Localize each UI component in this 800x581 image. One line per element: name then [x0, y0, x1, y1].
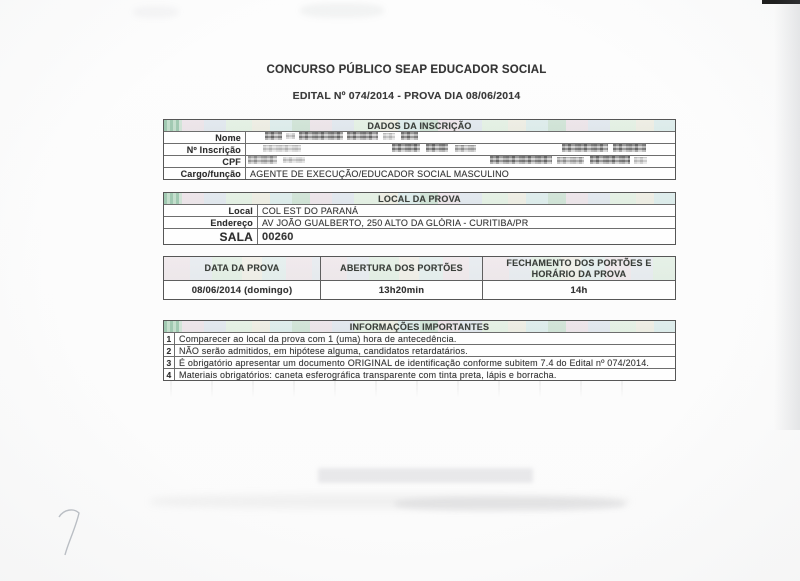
info-item-text: É obrigatório apresentar um documento OR… [175, 358, 675, 368]
info-item-number: 1 [164, 333, 175, 344]
info-item: 1 Comparecer ao local da prova com 1 (um… [164, 332, 675, 344]
redacted-block-nome [347, 132, 378, 140]
redacted-block-inscricao [613, 144, 646, 152]
field-value-local: COL EST DO PARANÁ [258, 206, 675, 216]
table-row-nome: Nome [164, 131, 675, 143]
info-item: 3 É obrigatório apresentar um documento … [164, 356, 675, 368]
registration-section-header: DADOS DA INSCRIÇÃO [164, 120, 675, 131]
schedule-value-data: 08/06/2014 (domingo) [164, 281, 320, 299]
redacted-block-nome [286, 133, 295, 139]
table-row-cargo: Cargo/função AGENTE DE EXECUÇÃO/EDUCADOR… [164, 167, 675, 179]
field-label-inscricao: Nº Inscrição [164, 144, 246, 155]
scan-smudge [133, 6, 179, 18]
table-row-endereco: Endereço AV JOÃO GUALBERTO, 250 ALTO DA … [164, 216, 675, 228]
schedule-col-fechamento: FECHAMENTO DOS PORTÕES E HORÁRIO DA PROV… [483, 257, 675, 299]
redacted-block-nome [265, 132, 282, 140]
redacted-block-cpf [557, 157, 584, 164]
redacted-block-inscricao [426, 144, 448, 152]
table-row-local: Local COL EST DO PARANÁ [164, 204, 675, 216]
redacted-block-cpf [248, 156, 277, 164]
info-item: 4 Materiais obrigatórios: caneta esferog… [164, 368, 675, 380]
schedule-value-abertura: 13h20min [321, 281, 482, 299]
scan-smudge [395, 497, 625, 511]
field-value-cargo: AGENTE DE EXECUÇÃO/EDUCADOR SOCIAL MASCU… [246, 169, 675, 179]
redacted-block-cpf [490, 156, 552, 164]
info-item-text: Comparecer ao local da prova com 1 (uma)… [175, 334, 675, 344]
scan-smudge [318, 468, 533, 483]
field-label-local: Local [164, 205, 258, 216]
info-item-number: 4 [164, 369, 175, 380]
document-subtitle: EDITAL Nº 074/2014 - PROVA DIA 08/06/201… [150, 90, 663, 102]
field-label-endereco: Endereço [164, 217, 258, 228]
redacted-block-cpf [590, 156, 630, 164]
redacted-block-inscricao [455, 145, 476, 152]
redacted-block-nome [401, 132, 418, 140]
redacted-block-nome [383, 133, 395, 140]
redacted-block-nome [299, 132, 343, 140]
location-table: LOCAL DA PROVA Local COL EST DO PARANÁ E… [163, 192, 676, 245]
document-title: CONCURSO PÚBLICO SEAP EDUCADOR SOCIAL [150, 64, 663, 76]
table-row-sala: SALA 00260 [164, 228, 675, 244]
redacted-block-inscricao [263, 145, 301, 152]
important-info-section-header: INFORMAÇÕES IMPORTANTES [164, 321, 675, 332]
scanned-exam-admission-document: CONCURSO PÚBLICO SEAP EDUCADOR SOCIAL ED… [0, 0, 800, 581]
schedule-header-fechamento: FECHAMENTO DOS PORTÕES E HORÁRIO DA PROV… [483, 257, 675, 281]
info-item-text: Materiais obrigatórios: caneta esferográ… [175, 370, 675, 380]
schedule-table: DATA DA PROVA 08/06/2014 (domingo) ABERT… [163, 256, 676, 300]
ink-streaks [170, 381, 640, 398]
schedule-col-data: DATA DA PROVA 08/06/2014 (domingo) [164, 257, 321, 299]
schedule-col-abertura: ABERTURA DOS PORTÕES 13h20min [321, 257, 483, 299]
redacted-block-inscricao [562, 144, 608, 152]
location-section-header: LOCAL DA PROVA [164, 193, 675, 204]
field-value-endereco: AV JOÃO GUALBERTO, 250 ALTO DA GLÓRIA - … [258, 218, 675, 228]
handwritten-pencil-mark [55, 506, 85, 561]
field-value-sala: 00260 [258, 231, 675, 243]
info-item-text: NÃO serão admitidos, em hipótese alguma,… [175, 346, 675, 356]
important-info-table: INFORMAÇÕES IMPORTANTES 1 Comparecer ao … [163, 320, 676, 381]
redacted-block-cpf [283, 157, 305, 163]
info-item-number: 3 [164, 357, 175, 368]
info-item: 2 NÃO serão admitidos, em hipótese algum… [164, 344, 675, 356]
field-label-sala: SALA [164, 229, 258, 244]
schedule-header-data: DATA DA PROVA [164, 257, 320, 281]
redacted-block-inscricao [392, 144, 420, 152]
field-label-nome: Nome [164, 132, 246, 143]
scan-edge-shadow [774, 0, 800, 430]
schedule-header-abertura: ABERTURA DOS PORTÕES [321, 257, 482, 281]
schedule-value-fechamento: 14h [483, 281, 675, 299]
field-label-cargo: Cargo/função [164, 168, 246, 179]
redacted-block-cpf [634, 157, 647, 164]
info-item-number: 2 [164, 345, 175, 356]
field-label-cpf: CPF [164, 156, 246, 167]
scan-smudge [300, 3, 384, 18]
